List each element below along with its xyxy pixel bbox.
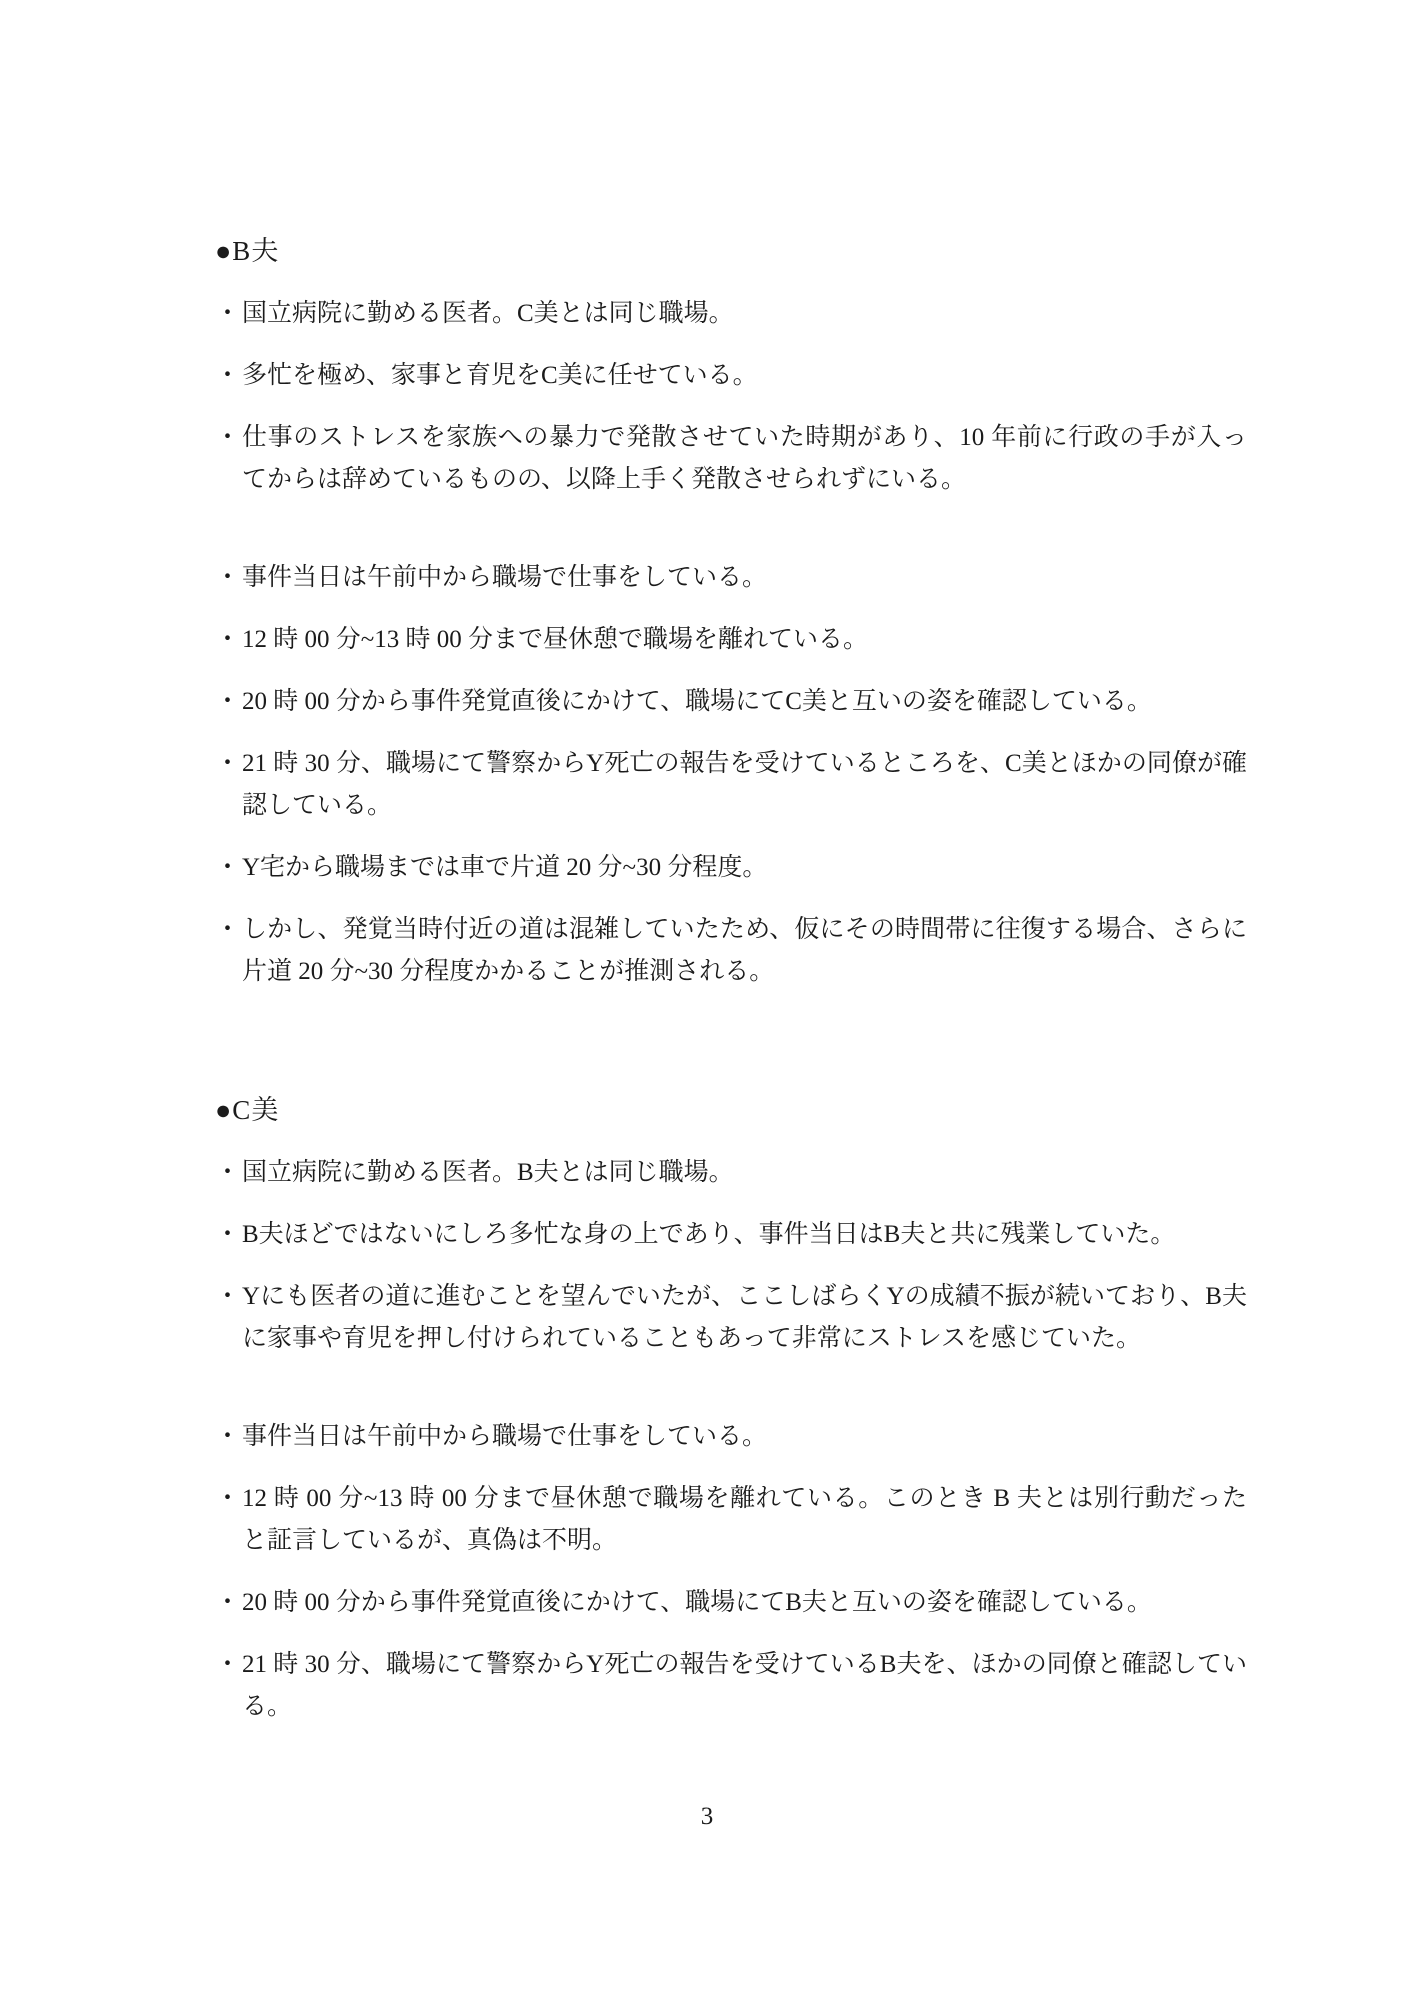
bullet-item: ・ Yにも医者の道に進むことを望んでいたが、ここしばらくYの成績不振が続いており… — [215, 1276, 1247, 1360]
bullet-item: ・ 21 時 30 分、職場にて警察からY死亡の報告を受けているB夫を、ほかの同… — [215, 1644, 1247, 1728]
bullet-text: 多忙を極め、家事と育児をC美に任せている。 — [242, 355, 1247, 397]
bullet-item: ・ 12 時 00 分~13 時 00 分まで昼休憩で職場を離れている。このとき… — [215, 1478, 1247, 1562]
bullet-marker-icon: ・ — [215, 1416, 242, 1458]
bullet-item: ・ 事件当日は午前中から職場で仕事をしている。 — [215, 557, 1247, 599]
section-heading: ●B夫 — [215, 229, 1247, 273]
bullet-marker-icon: ・ — [215, 619, 242, 661]
bullet-item: ・ 国立病院に勤める医者。B夫とは同じ職場。 — [215, 1152, 1247, 1194]
document-page: ●B夫 ・ 国立病院に勤める医者。C美とは同じ職場。 ・ 多忙を極め、家事と育児… — [0, 0, 1414, 2000]
bullet-text: 国立病院に勤める医者。B夫とは同じ職場。 — [242, 1152, 1247, 1194]
bullet-marker-icon: ・ — [215, 417, 242, 501]
bullet-marker-icon: ・ — [215, 293, 242, 335]
bullet-item: ・ 21 時 30 分、職場にて警察からY死亡の報告を受けているところを、C美と… — [215, 743, 1247, 827]
bullet-item: ・ 事件当日は午前中から職場で仕事をしている。 — [215, 1416, 1247, 1458]
bullet-marker-icon: ・ — [215, 557, 242, 599]
bullet-text: 事件当日は午前中から職場で仕事をしている。 — [242, 557, 1247, 599]
bullet-marker-icon: ・ — [215, 1582, 242, 1624]
bullet-text: しかし、発覚当時付近の道は混雑していたため、仮にその時間帯に往復する場合、さらに… — [242, 909, 1247, 993]
bullet-text: 20 時 00 分から事件発覚直後にかけて、職場にてC美と互いの姿を確認している… — [242, 681, 1247, 723]
bullet-item: ・ B夫ほどではないにしろ多忙な身の上であり、事件当日はB夫と共に残業していた。 — [215, 1214, 1247, 1256]
bullet-item: ・ 国立病院に勤める医者。C美とは同じ職場。 — [215, 293, 1247, 335]
section-heading: ●C美 — [215, 1088, 1247, 1132]
section-groups: ・ 国立病院に勤める医者。C美とは同じ職場。 ・ 多忙を極め、家事と育児をC美に… — [215, 293, 1247, 993]
character-section: ●B夫 ・ 国立病院に勤める医者。C美とは同じ職場。 ・ 多忙を極め、家事と育児… — [215, 229, 1247, 993]
sections-container: ●B夫 ・ 国立病院に勤める医者。C美とは同じ職場。 ・ 多忙を極め、家事と育児… — [215, 229, 1247, 1728]
bullet-item: ・ Y宅から職場までは車で片道 20 分~30 分程度。 — [215, 847, 1247, 889]
bullet-marker-icon: ・ — [215, 1478, 242, 1562]
bullet-marker-icon: ・ — [215, 847, 242, 889]
bullet-marker-icon: ・ — [215, 1644, 242, 1728]
bullet-marker-icon: ・ — [215, 681, 242, 723]
bullet-item: ・ 20 時 00 分から事件発覚直後にかけて、職場にてC美と互いの姿を確認して… — [215, 681, 1247, 723]
bullet-text: 事件当日は午前中から職場で仕事をしている。 — [242, 1416, 1247, 1458]
document-body: ●B夫 ・ 国立病院に勤める医者。C美とは同じ職場。 ・ 多忙を極め、家事と育児… — [215, 229, 1247, 1748]
bullet-text: 21 時 30 分、職場にて警察からY死亡の報告を受けているところを、C美とほか… — [242, 743, 1247, 827]
page-number: 3 — [0, 1800, 1414, 1834]
bullet-marker-icon: ・ — [215, 1214, 242, 1256]
bullet-marker-icon: ・ — [215, 1152, 242, 1194]
bullet-text: 仕事のストレスを家族への暴力で発散させていた時期があり、10 年前に行政の手が入… — [242, 417, 1247, 501]
bullet-text: 12 時 00 分~13 時 00 分まで昼休憩で職場を離れている。このとき B… — [242, 1478, 1247, 1562]
bullet-group: ・ 事件当日は午前中から職場で仕事をしている。 ・ 12 時 00 分~13 時… — [215, 1416, 1247, 1728]
bullet-text: 20 時 00 分から事件発覚直後にかけて、職場にてB夫と互いの姿を確認している… — [242, 1582, 1247, 1624]
bullet-text: 国立病院に勤める医者。C美とは同じ職場。 — [242, 293, 1247, 335]
bullet-marker-icon: ・ — [215, 355, 242, 397]
bullet-text: 21 時 30 分、職場にて警察からY死亡の報告を受けているB夫を、ほかの同僚と… — [242, 1644, 1247, 1728]
bullet-item: ・ 12 時 00 分~13 時 00 分まで昼休憩で職場を離れている。 — [215, 619, 1247, 661]
section-groups: ・ 国立病院に勤める医者。B夫とは同じ職場。 ・ B夫ほどではないにしろ多忙な身… — [215, 1152, 1247, 1728]
bullet-group: ・ 国立病院に勤める医者。C美とは同じ職場。 ・ 多忙を極め、家事と育児をC美に… — [215, 293, 1247, 501]
character-section: ●C美 ・ 国立病院に勤める医者。B夫とは同じ職場。 ・ B夫ほどではないにしろ… — [215, 1088, 1247, 1728]
bullet-marker-icon: ・ — [215, 1276, 242, 1360]
bullet-item: ・ 仕事のストレスを家族への暴力で発散させていた時期があり、10 年前に行政の手… — [215, 417, 1247, 501]
bullet-group: ・ 事件当日は午前中から職場で仕事をしている。 ・ 12 時 00 分~13 時… — [215, 557, 1247, 993]
bullet-item: ・ 20 時 00 分から事件発覚直後にかけて、職場にてB夫と互いの姿を確認して… — [215, 1582, 1247, 1624]
bullet-text: B夫ほどではないにしろ多忙な身の上であり、事件当日はB夫と共に残業していた。 — [242, 1214, 1247, 1256]
bullet-item: ・ しかし、発覚当時付近の道は混雑していたため、仮にその時間帯に往復する場合、さ… — [215, 909, 1247, 993]
bullet-text: Y宅から職場までは車で片道 20 分~30 分程度。 — [242, 847, 1247, 889]
bullet-item: ・ 多忙を極め、家事と育児をC美に任せている。 — [215, 355, 1247, 397]
bullet-marker-icon: ・ — [215, 743, 242, 827]
bullet-group: ・ 国立病院に勤める医者。B夫とは同じ職場。 ・ B夫ほどではないにしろ多忙な身… — [215, 1152, 1247, 1360]
bullet-text: 12 時 00 分~13 時 00 分まで昼休憩で職場を離れている。 — [242, 619, 1247, 661]
bullet-text: Yにも医者の道に進むことを望んでいたが、ここしばらくYの成績不振が続いており、B… — [242, 1276, 1247, 1360]
bullet-marker-icon: ・ — [215, 909, 242, 993]
